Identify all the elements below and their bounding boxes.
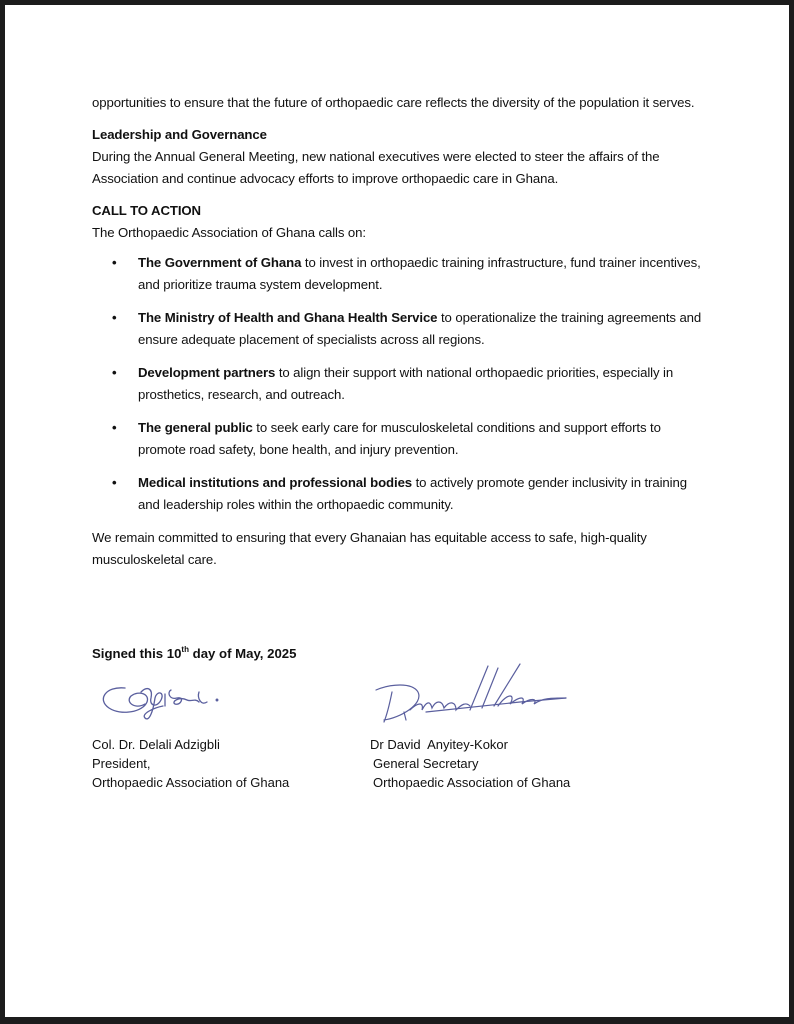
- list-item-subject: Medical institutions and professional bo…: [138, 475, 412, 490]
- list-item-subject: The Government of Ghana: [138, 255, 301, 270]
- president-signature-icon: [95, 678, 225, 728]
- list-item-subject: Development partners: [138, 365, 275, 380]
- signatory-title: General Secretary: [370, 754, 570, 773]
- leadership-heading: Leadership and Governance: [92, 124, 702, 146]
- document-body: opportunities to ensure that the future …: [92, 92, 702, 571]
- list-item-subject: The Ministry of Health and Ghana Health …: [138, 310, 437, 325]
- bullet-icon: •: [112, 417, 117, 439]
- signed-date: Signed this 10th day of May, 2025: [92, 646, 296, 661]
- bullet-icon: •: [112, 362, 117, 384]
- signatory-title: President,: [92, 754, 289, 773]
- call-to-action-list: •The Government of Ghana to invest in or…: [92, 252, 702, 516]
- list-item: •Medical institutions and professional b…: [92, 472, 702, 516]
- list-item: •The Government of Ghana to invest in or…: [92, 252, 702, 296]
- general-secretary-signatory: Dr David Anyitey-Kokor General Secretary…: [370, 735, 570, 792]
- signatory-name: Col. Dr. Delali Adzigbli: [92, 735, 289, 754]
- bullet-icon: •: [112, 307, 117, 329]
- signatory-org: Orthopaedic Association of Ghana: [92, 773, 289, 792]
- signatory-org: Orthopaedic Association of Ghana: [370, 773, 570, 792]
- list-item: •The Ministry of Health and Ghana Health…: [92, 307, 702, 351]
- list-item: •Development partners to align their sup…: [92, 362, 702, 406]
- bullet-icon: •: [112, 472, 117, 494]
- call-to-action-heading: CALL TO ACTION: [92, 200, 702, 222]
- bullet-icon: •: [112, 252, 117, 274]
- list-item: •The general public to seek early care f…: [92, 417, 702, 461]
- leadership-body: During the Annual General Meeting, new n…: [92, 146, 702, 190]
- closing-statement: We remain committed to ensuring that eve…: [92, 527, 702, 571]
- call-to-action-intro: The Orthopaedic Association of Ghana cal…: [92, 222, 702, 244]
- list-item-subject: The general public: [138, 420, 253, 435]
- president-signatory: Col. Dr. Delali Adzigbli President, Orth…: [92, 735, 289, 792]
- general-secretary-signature-icon: [370, 662, 570, 730]
- intro-continuation: opportunities to ensure that the future …: [92, 92, 702, 114]
- signatory-name: Dr David Anyitey-Kokor: [370, 735, 570, 754]
